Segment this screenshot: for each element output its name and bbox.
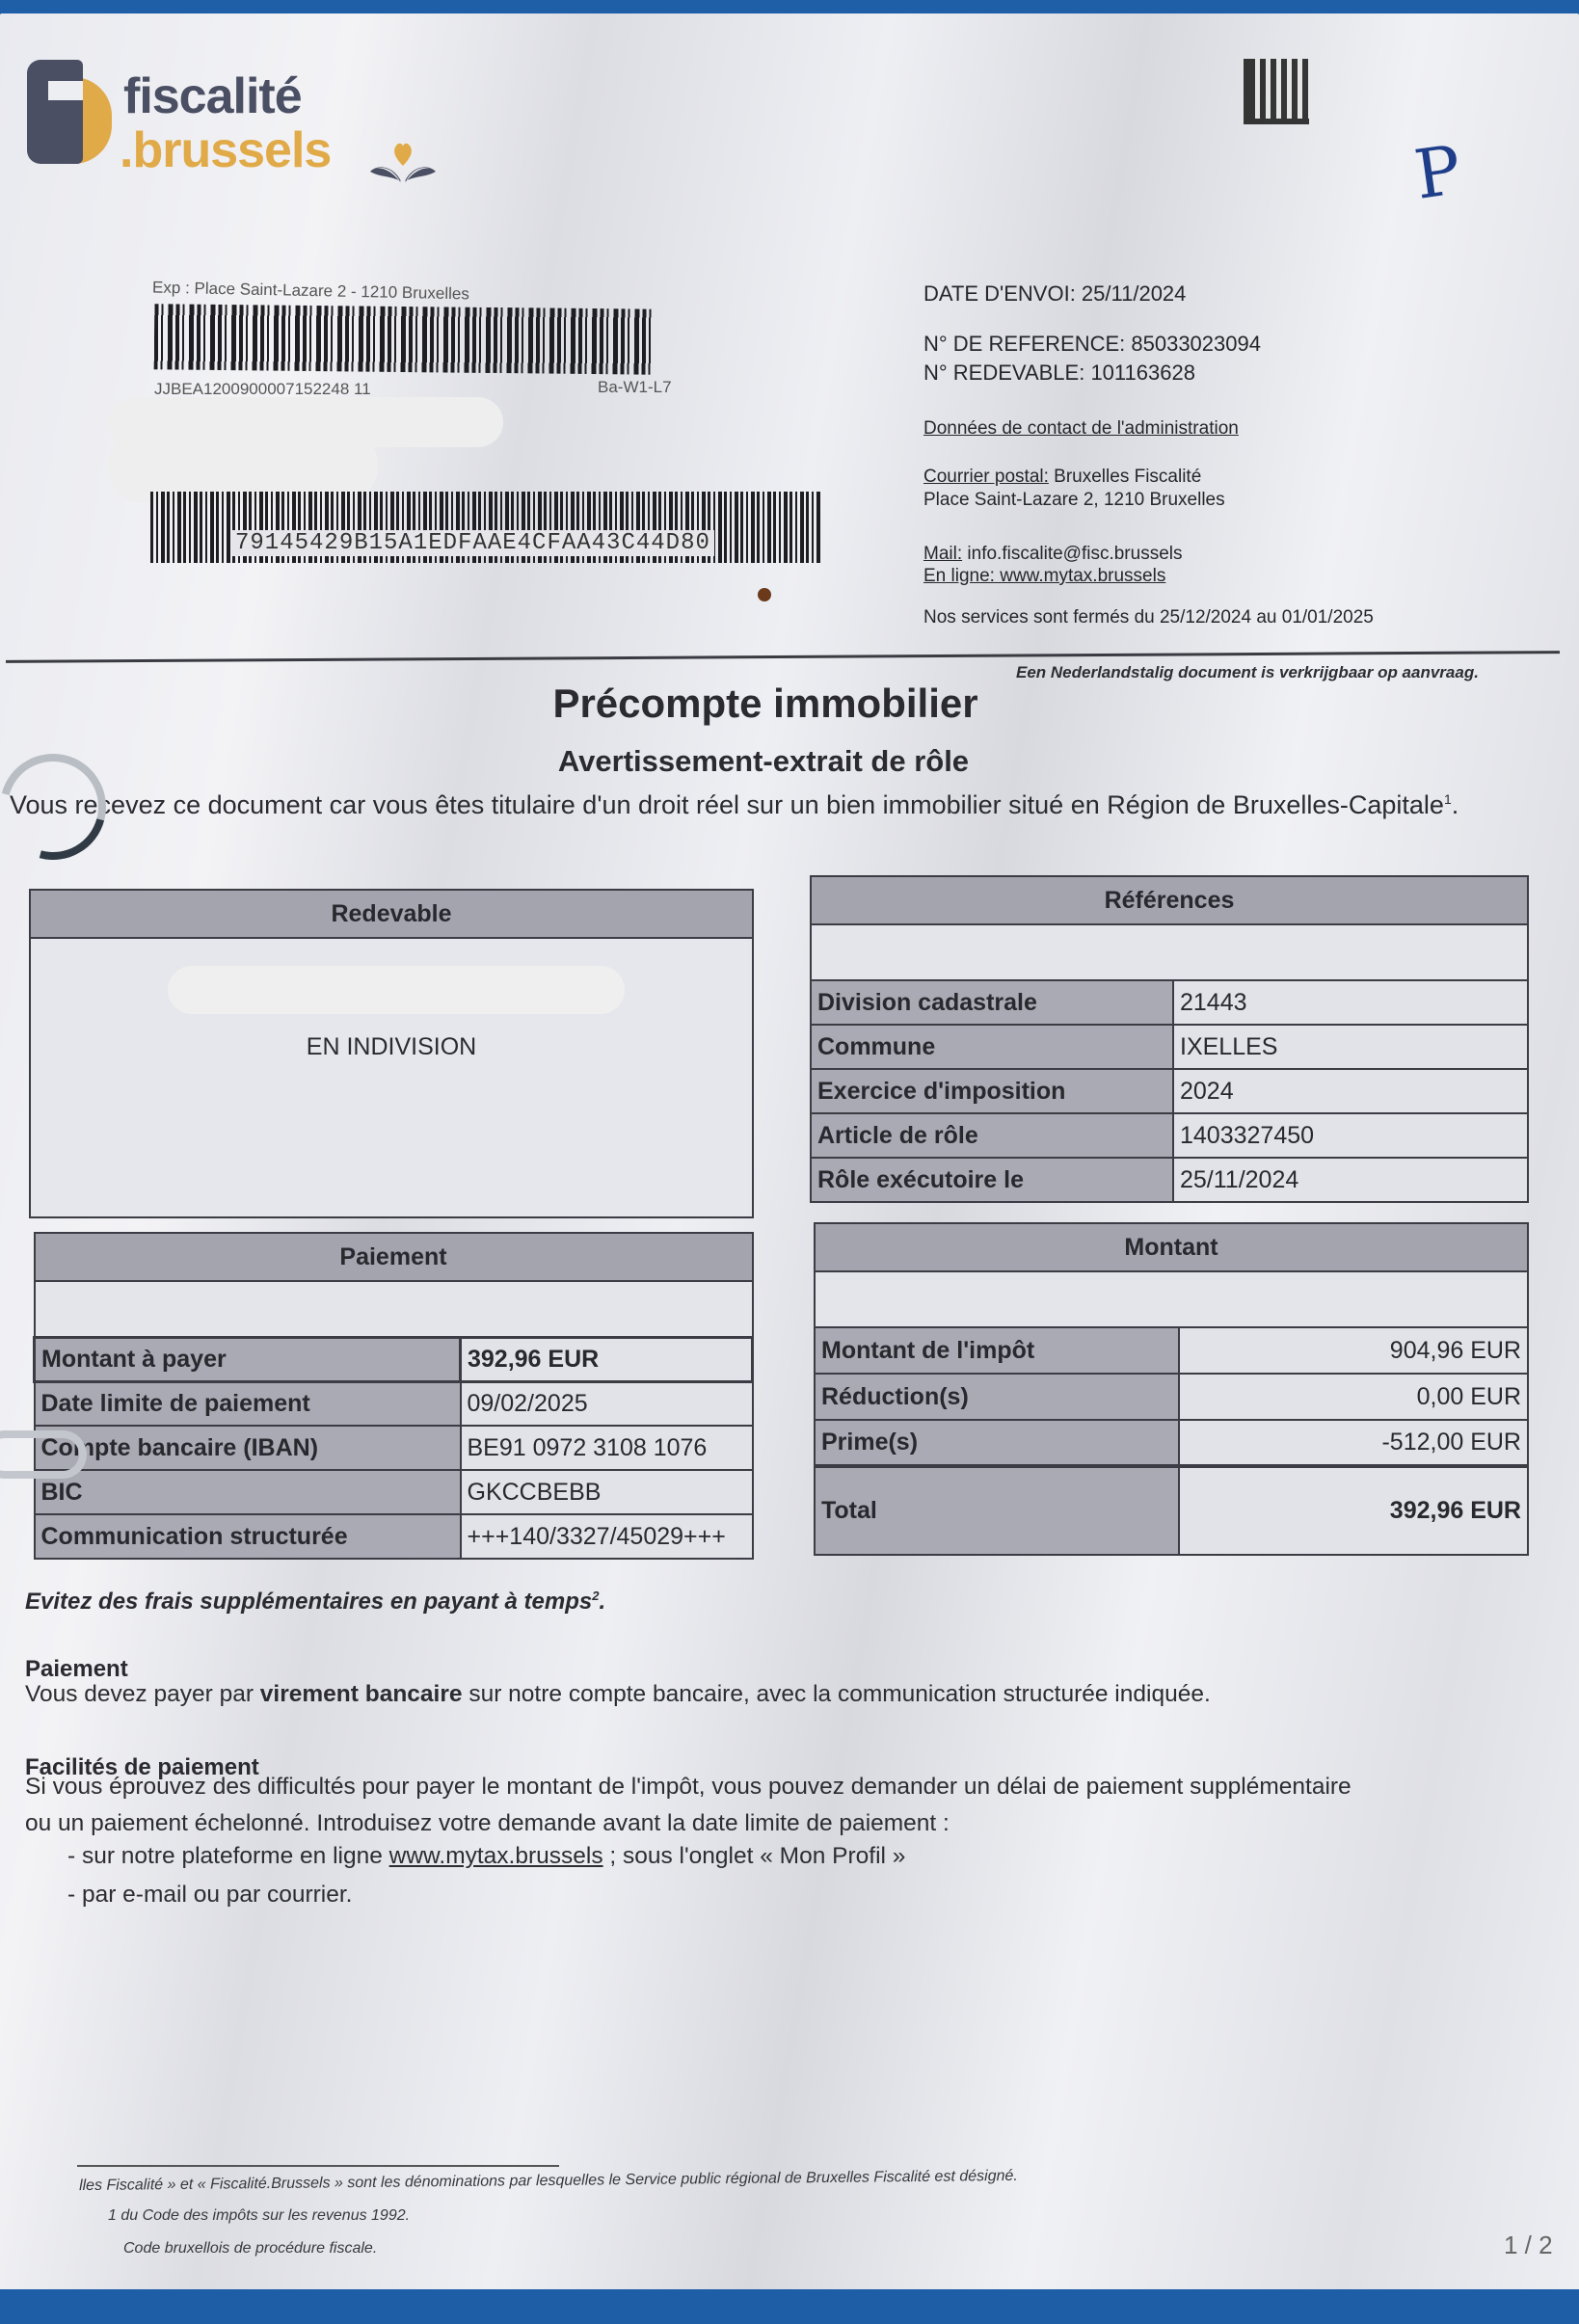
logo-text-fiscalite: fiscalité — [123, 67, 302, 125]
contact-title: Données de contact de l'administration — [923, 418, 1239, 440]
footnote-ref: 2 — [592, 1589, 599, 1603]
reference-number: N° DE REFERENCE: 85033023094 — [923, 332, 1261, 357]
postal-barcode-code: Ba-W1-L7 — [598, 378, 672, 397]
background-surface-top — [0, 0, 1579, 13]
table-row: Article de rôle1403327450 — [811, 1113, 1528, 1158]
document-page: fiscalité .brussels P Exp : Place Saint-… — [0, 13, 1579, 2293]
postal-address: Place Saint-Lazare 2, 1210 Bruxelles — [923, 490, 1225, 511]
online-contact: En ligne: www.mytax.brussels — [923, 566, 1165, 587]
bic: GKCCBEBB — [461, 1470, 753, 1514]
ownership-status: EN INDIVISION — [0, 1033, 783, 1061]
binder-ring — [0, 1430, 87, 1479]
table-row: Division cadastrale21443 — [811, 980, 1528, 1025]
redacted-taxpayer-name — [168, 966, 625, 1014]
online-label: En ligne: — [923, 566, 995, 586]
stain-mark — [758, 588, 771, 601]
fb-logo-mark-icon — [27, 60, 112, 166]
facilities-text: ou un paiement échelonné. Introduisez vo… — [25, 1810, 950, 1837]
structured-communication: +++140/3327/45029+++ — [461, 1514, 753, 1559]
facilities-option-online: - sur notre plateforme en ligne www.myta… — [67, 1843, 905, 1870]
total-amount: 392,96 EUR — [1179, 1466, 1528, 1555]
amount-table: Montant Montant de l'impôt904,96 EUR Réd… — [814, 1222, 1529, 1556]
table-row: BICGKCCBEBB — [35, 1470, 753, 1514]
total-row: Total392,96 EUR — [815, 1466, 1528, 1555]
table-row: Réduction(s)0,00 EUR — [815, 1374, 1528, 1420]
table-row: Montant de l'impôt904,96 EUR — [815, 1327, 1528, 1374]
payment-section-title: Paiement — [25, 1656, 128, 1683]
roll-enforceable-date: 25/11/2024 — [1173, 1158, 1528, 1202]
payment-header: Paiement — [35, 1233, 753, 1281]
taxpayer-header: Redevable — [30, 890, 753, 938]
closure-notice: Nos services sont fermés du 25/12/2024 a… — [923, 607, 1374, 628]
mail-label: Mail: — [923, 544, 962, 564]
footnote-divider — [77, 2165, 559, 2167]
iban: BE91 0972 3108 1076 — [461, 1426, 753, 1470]
postal-contact: Courrier postal: Bruxelles Fiscalité — [923, 467, 1201, 488]
facilities-option-mail: - par e-mail ou par courrier. — [67, 1882, 352, 1909]
footnote-1: lles Fiscalité » et « Fiscalité.Brussels… — [79, 2168, 1018, 2195]
website-link[interactable]: www.mytax.brussels — [995, 566, 1165, 586]
table-row: Compte bancaire (IBAN)BE91 0972 3108 107… — [35, 1426, 753, 1470]
document-title: Précompte immobilier — [0, 681, 1531, 727]
references-header: Références — [811, 876, 1528, 924]
late-payment-note: Evitez des frais supplémentaires en paya… — [25, 1589, 605, 1616]
send-date: DATE D'ENVOI: 25/11/2024 — [923, 281, 1186, 307]
table-row: Date limite de paiement09/02/2025 — [35, 1381, 753, 1426]
roll-article: 1403327450 — [1173, 1113, 1528, 1158]
cadastral-division: 21443 — [1173, 980, 1528, 1025]
logo-text-brussels: .brussels — [120, 121, 331, 179]
facilities-text: Si vous éprouvez des difficultés pour pa… — [25, 1774, 1352, 1801]
mail-link[interactable]: info.fiscalite@fisc.brussels — [962, 544, 1182, 564]
amount-due: 392,96 EUR — [461, 1337, 753, 1381]
amount-header: Montant — [815, 1223, 1528, 1271]
page-number: 1 / 2 — [1504, 2231, 1553, 2260]
payment-table: Paiement Montant à payer392,96 EUR Date … — [33, 1232, 754, 1560]
table-row: Montant à payer392,96 EUR — [35, 1337, 753, 1381]
datamatrix-code — [1244, 59, 1309, 124]
document-subtitle: Avertissement-extrait de rôle — [0, 744, 1527, 779]
header-divider — [6, 651, 1560, 663]
postal-barcode-number: JJBEA1200900007152248 11 — [154, 380, 371, 399]
intro-sentence: Vous recevez ce document car vous êtes t… — [10, 790, 1444, 819]
table-row: Prime(s)-512,00 EUR — [815, 1420, 1528, 1466]
tax-amount: 904,96 EUR — [1179, 1327, 1528, 1374]
footnote-ref: 1 — [1444, 791, 1452, 807]
municipality: IXELLES — [1173, 1025, 1528, 1069]
table-row: CommuneIXELLES — [811, 1025, 1528, 1069]
table-row: Communication structurée+++140/3327/4502… — [35, 1514, 753, 1559]
table-row: Exercice d'imposition2024 — [811, 1069, 1528, 1113]
payment-instructions: Vous devez payer par virement bancaire s… — [25, 1681, 1211, 1708]
mytax-link[interactable]: www.mytax.brussels — [389, 1843, 603, 1869]
references-table: Références Division cadastrale21443 Comm… — [810, 875, 1529, 1203]
handwritten-mark: P — [1410, 130, 1466, 215]
taxpayer-number: N° REDEVABLE: 101163628 — [923, 361, 1195, 386]
mail-contact: Mail: info.fiscalite@fisc.brussels — [923, 544, 1183, 565]
footnote-3: Code bruxellois de procédure fiscale. — [123, 2240, 377, 2257]
table-row: Rôle exécutoire le25/11/2024 — [811, 1158, 1528, 1202]
payment-deadline: 09/02/2025 — [461, 1381, 753, 1426]
brussels-heart-icon — [366, 137, 440, 185]
postal-barcode — [154, 304, 655, 374]
sender-address: Exp : Place Saint-Lazare 2 - 1210 Bruxel… — [152, 279, 469, 305]
footnote-2: 1 du Code des impôts sur les revenus 199… — [108, 2207, 410, 2225]
tax-year: 2024 — [1173, 1069, 1528, 1113]
postal-label: Courrier postal: — [923, 467, 1049, 487]
reductions: 0,00 EUR — [1179, 1374, 1528, 1420]
document-barcode-number: 79145429B15A1EDFAAE4CFAA43C44D80 — [231, 530, 714, 556]
background-surface-bottom — [0, 2289, 1579, 2324]
premiums: -512,00 EUR — [1179, 1420, 1528, 1466]
dutch-version-note: Een Nederlandstalig document is verkrijg… — [1016, 663, 1479, 682]
intro-text: Vous recevez ce document car vous êtes t… — [10, 790, 1459, 820]
postal-name: Bruxelles Fiscalité — [1049, 467, 1201, 487]
